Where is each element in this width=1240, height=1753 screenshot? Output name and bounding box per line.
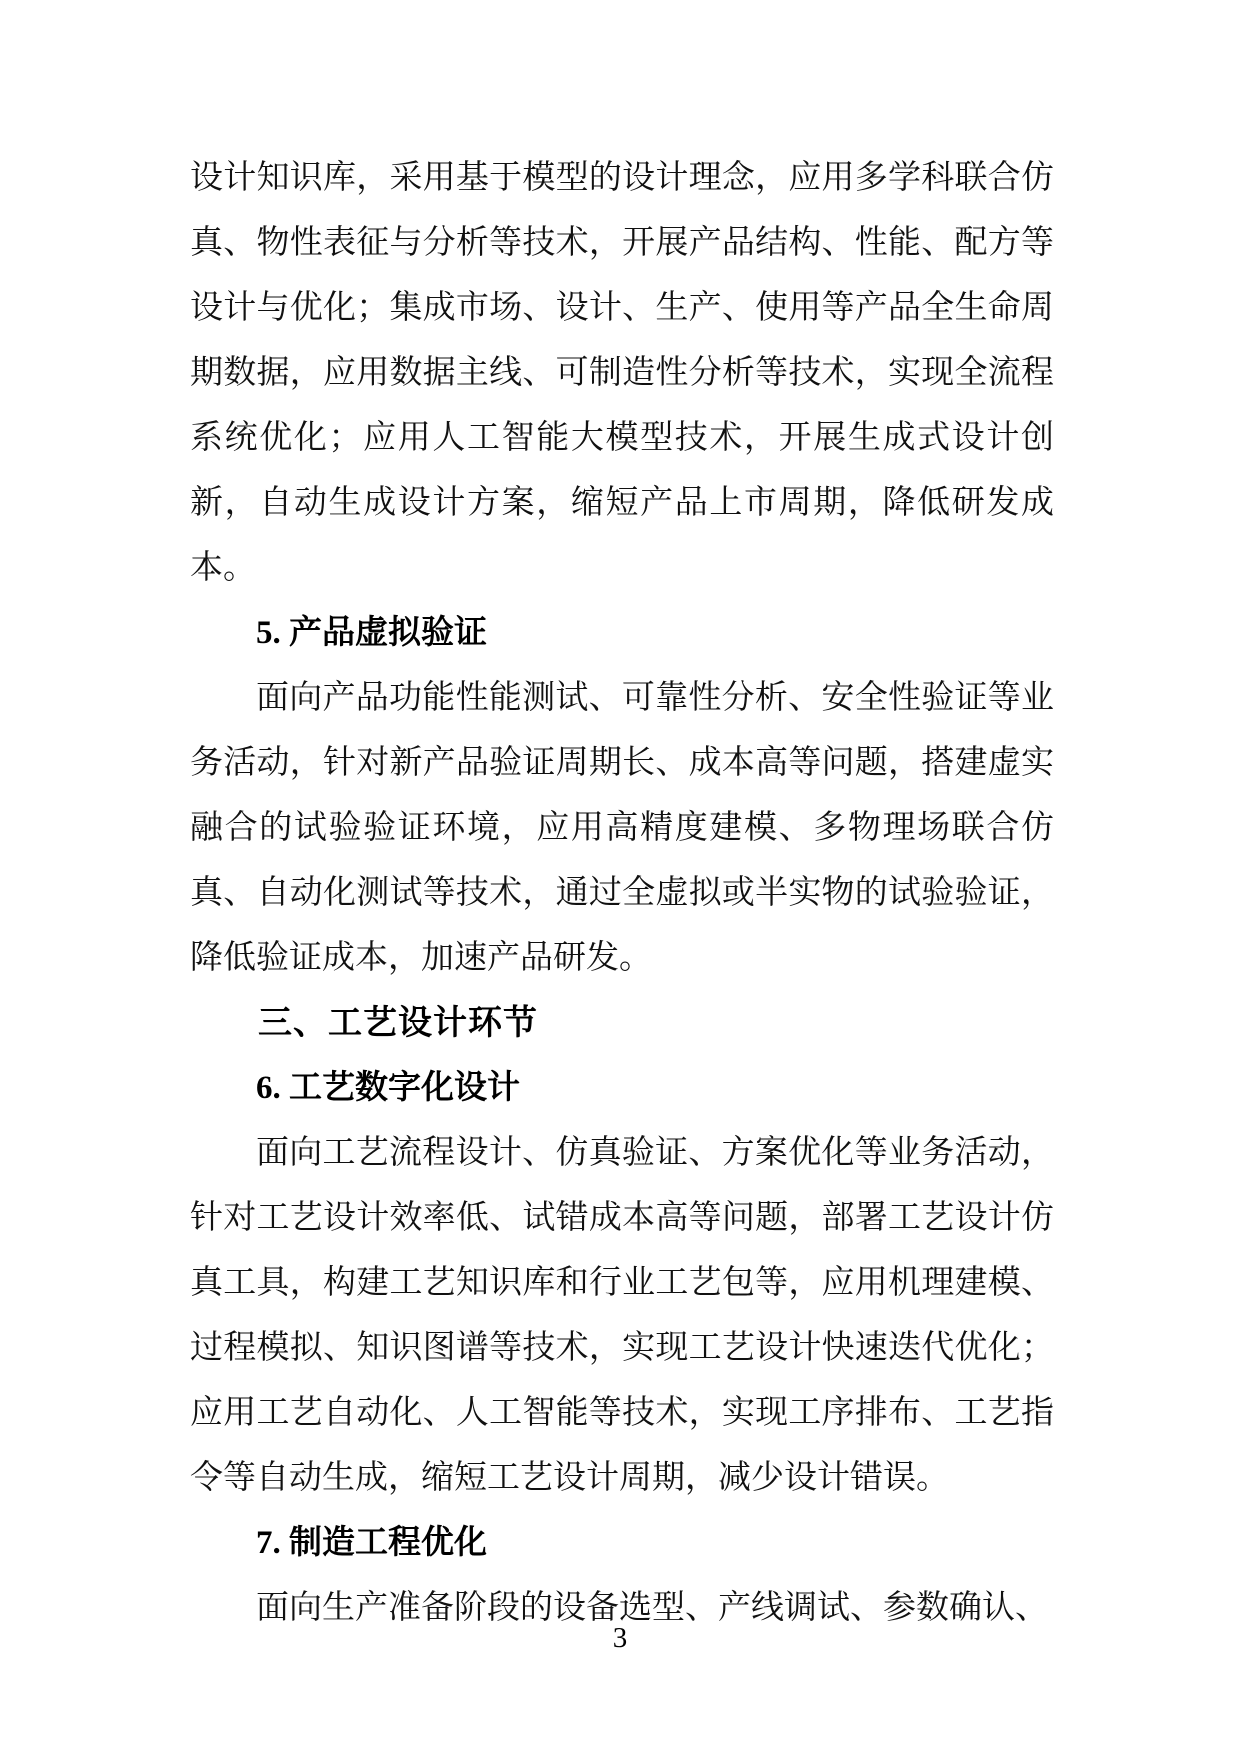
paragraph-design-knowledge-continuation: 设计知识库，采用基于模型的设计理念，应用多学科联合仿真、物性表征与分析等技术，开…: [190, 146, 1054, 601]
document-page: 设计知识库，采用基于模型的设计理念，应用多学科联合仿真、物性表征与分析等技术，开…: [0, 0, 1240, 1753]
document-body: 设计知识库，采用基于模型的设计理念，应用多学科联合仿真、物性表征与分析等技术，开…: [190, 146, 1054, 1641]
heading-7-manufacturing-engineering-optimization: 7. 制造工程优化: [190, 1511, 1054, 1576]
page-number: 3: [0, 1620, 1240, 1656]
paragraph-process-digital-design: 面向工艺流程设计、仿真验证、方案优化等业务活动，针对工艺设计效率低、试错成本高等…: [190, 1121, 1054, 1511]
paragraph-product-virtual-verification: 面向产品功能性能测试、可靠性分析、安全性验证等业务活动，针对新产品验证周期长、成…: [190, 666, 1054, 991]
heading-section-3-process-design: 三、工艺设计环节: [190, 991, 1054, 1056]
heading-6-process-digital-design: 6. 工艺数字化设计: [190, 1056, 1054, 1121]
heading-5-product-virtual-verification: 5. 产品虚拟验证: [190, 601, 1054, 666]
